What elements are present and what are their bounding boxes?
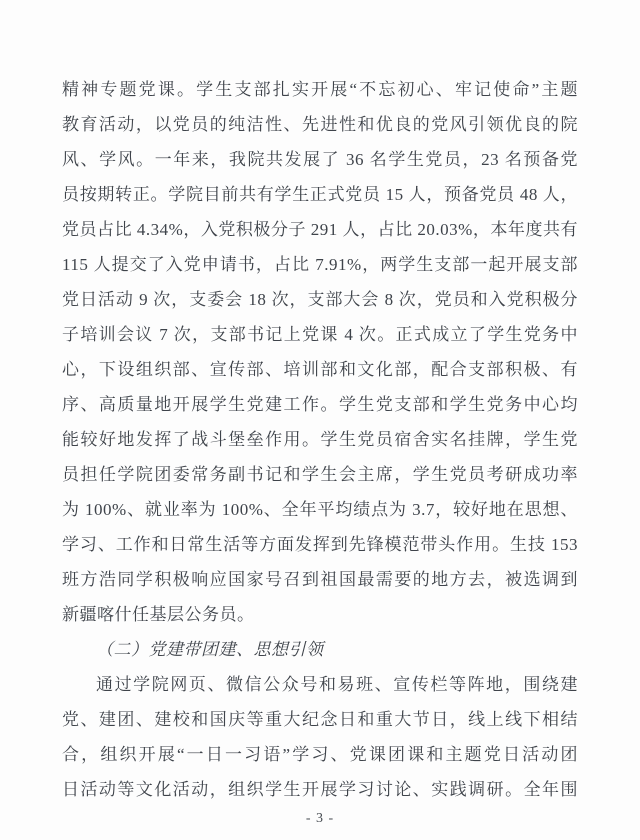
text-line: 党员占比 4.34%，入党积极分子 291 人，占比 20.03%，本年度共有 <box>62 212 578 247</box>
text-line: 员担任学院团委常务副书记和学生会主席，学生党员考研成功率 <box>62 457 578 492</box>
text-line: 教育活动，以党员的纯洁性、先进性和优良的党风引领优良的院 <box>62 107 578 142</box>
text-line: 心，下设组织部、宣传部、培训部和文化部，配合支部积极、有 <box>62 352 578 387</box>
text-line: 序、高质量地开展学生党建工作。学生党支部和学生党务中心均 <box>62 387 578 422</box>
text-line: 子培训会议 7 次，支部书记上党课 4 次。正式成立了学生党务中 <box>62 317 578 352</box>
text-line: 通过学院网页、微信公众号和易班、宣传栏等阵地，围绕建 <box>62 667 578 702</box>
text-line: 115 人提交了入党申请书，占比 7.91%，两学生支部一起开展支部 <box>62 247 578 282</box>
text-line: 风、学风。一年来，我院共发展了 36 名学生党员，23 名预备党 <box>62 142 578 177</box>
text-line: 党、建团、建校和国庆等重大纪念日和重大节日，线上线下相结 <box>62 702 578 737</box>
document-page: 精神专题党课。学生支部扎实开展“不忘初心、牢记使命”主题教育活动，以党员的纯洁性… <box>0 0 640 840</box>
text-line: 新疆喀什任基层公务员。 <box>62 597 578 632</box>
section-heading: （二）党建带团建、思想引领 <box>62 632 578 667</box>
text-line: 合，组织开展“一日一习语”学习、党课团课和主题党日活动团 <box>62 737 578 772</box>
text-line: 员按期转正。学院目前共有学生正式党员 15 人，预备党员 48 人， <box>62 177 578 212</box>
document-text-block: 精神专题党课。学生支部扎实开展“不忘初心、牢记使命”主题教育活动，以党员的纯洁性… <box>62 72 578 807</box>
text-line: 党日活动 9 次，支委会 18 次，支部大会 8 次，党员和入党积极分 <box>62 282 578 317</box>
text-line: 日活动等文化活动，组织学生开展学习讨论、实践调研。全年围 <box>62 772 578 807</box>
text-line: 精神专题党课。学生支部扎实开展“不忘初心、牢记使命”主题 <box>62 72 578 107</box>
text-line: 班方浩同学积极响应国家号召到祖国最需要的地方去，被选调到 <box>62 562 578 597</box>
text-line: 能较好地发挥了战斗堡垒作用。学生党员宿舍实名挂牌，学生党 <box>62 422 578 457</box>
text-line: 为 100%、就业率为 100%、全年平均绩点为 3.7，较好地在思想、 <box>62 492 578 527</box>
text-line: 学习、工作和日常生活等方面发挥到先锋模范带头作用。生技 153 <box>62 527 578 562</box>
page-number: - 3 - <box>0 808 640 830</box>
